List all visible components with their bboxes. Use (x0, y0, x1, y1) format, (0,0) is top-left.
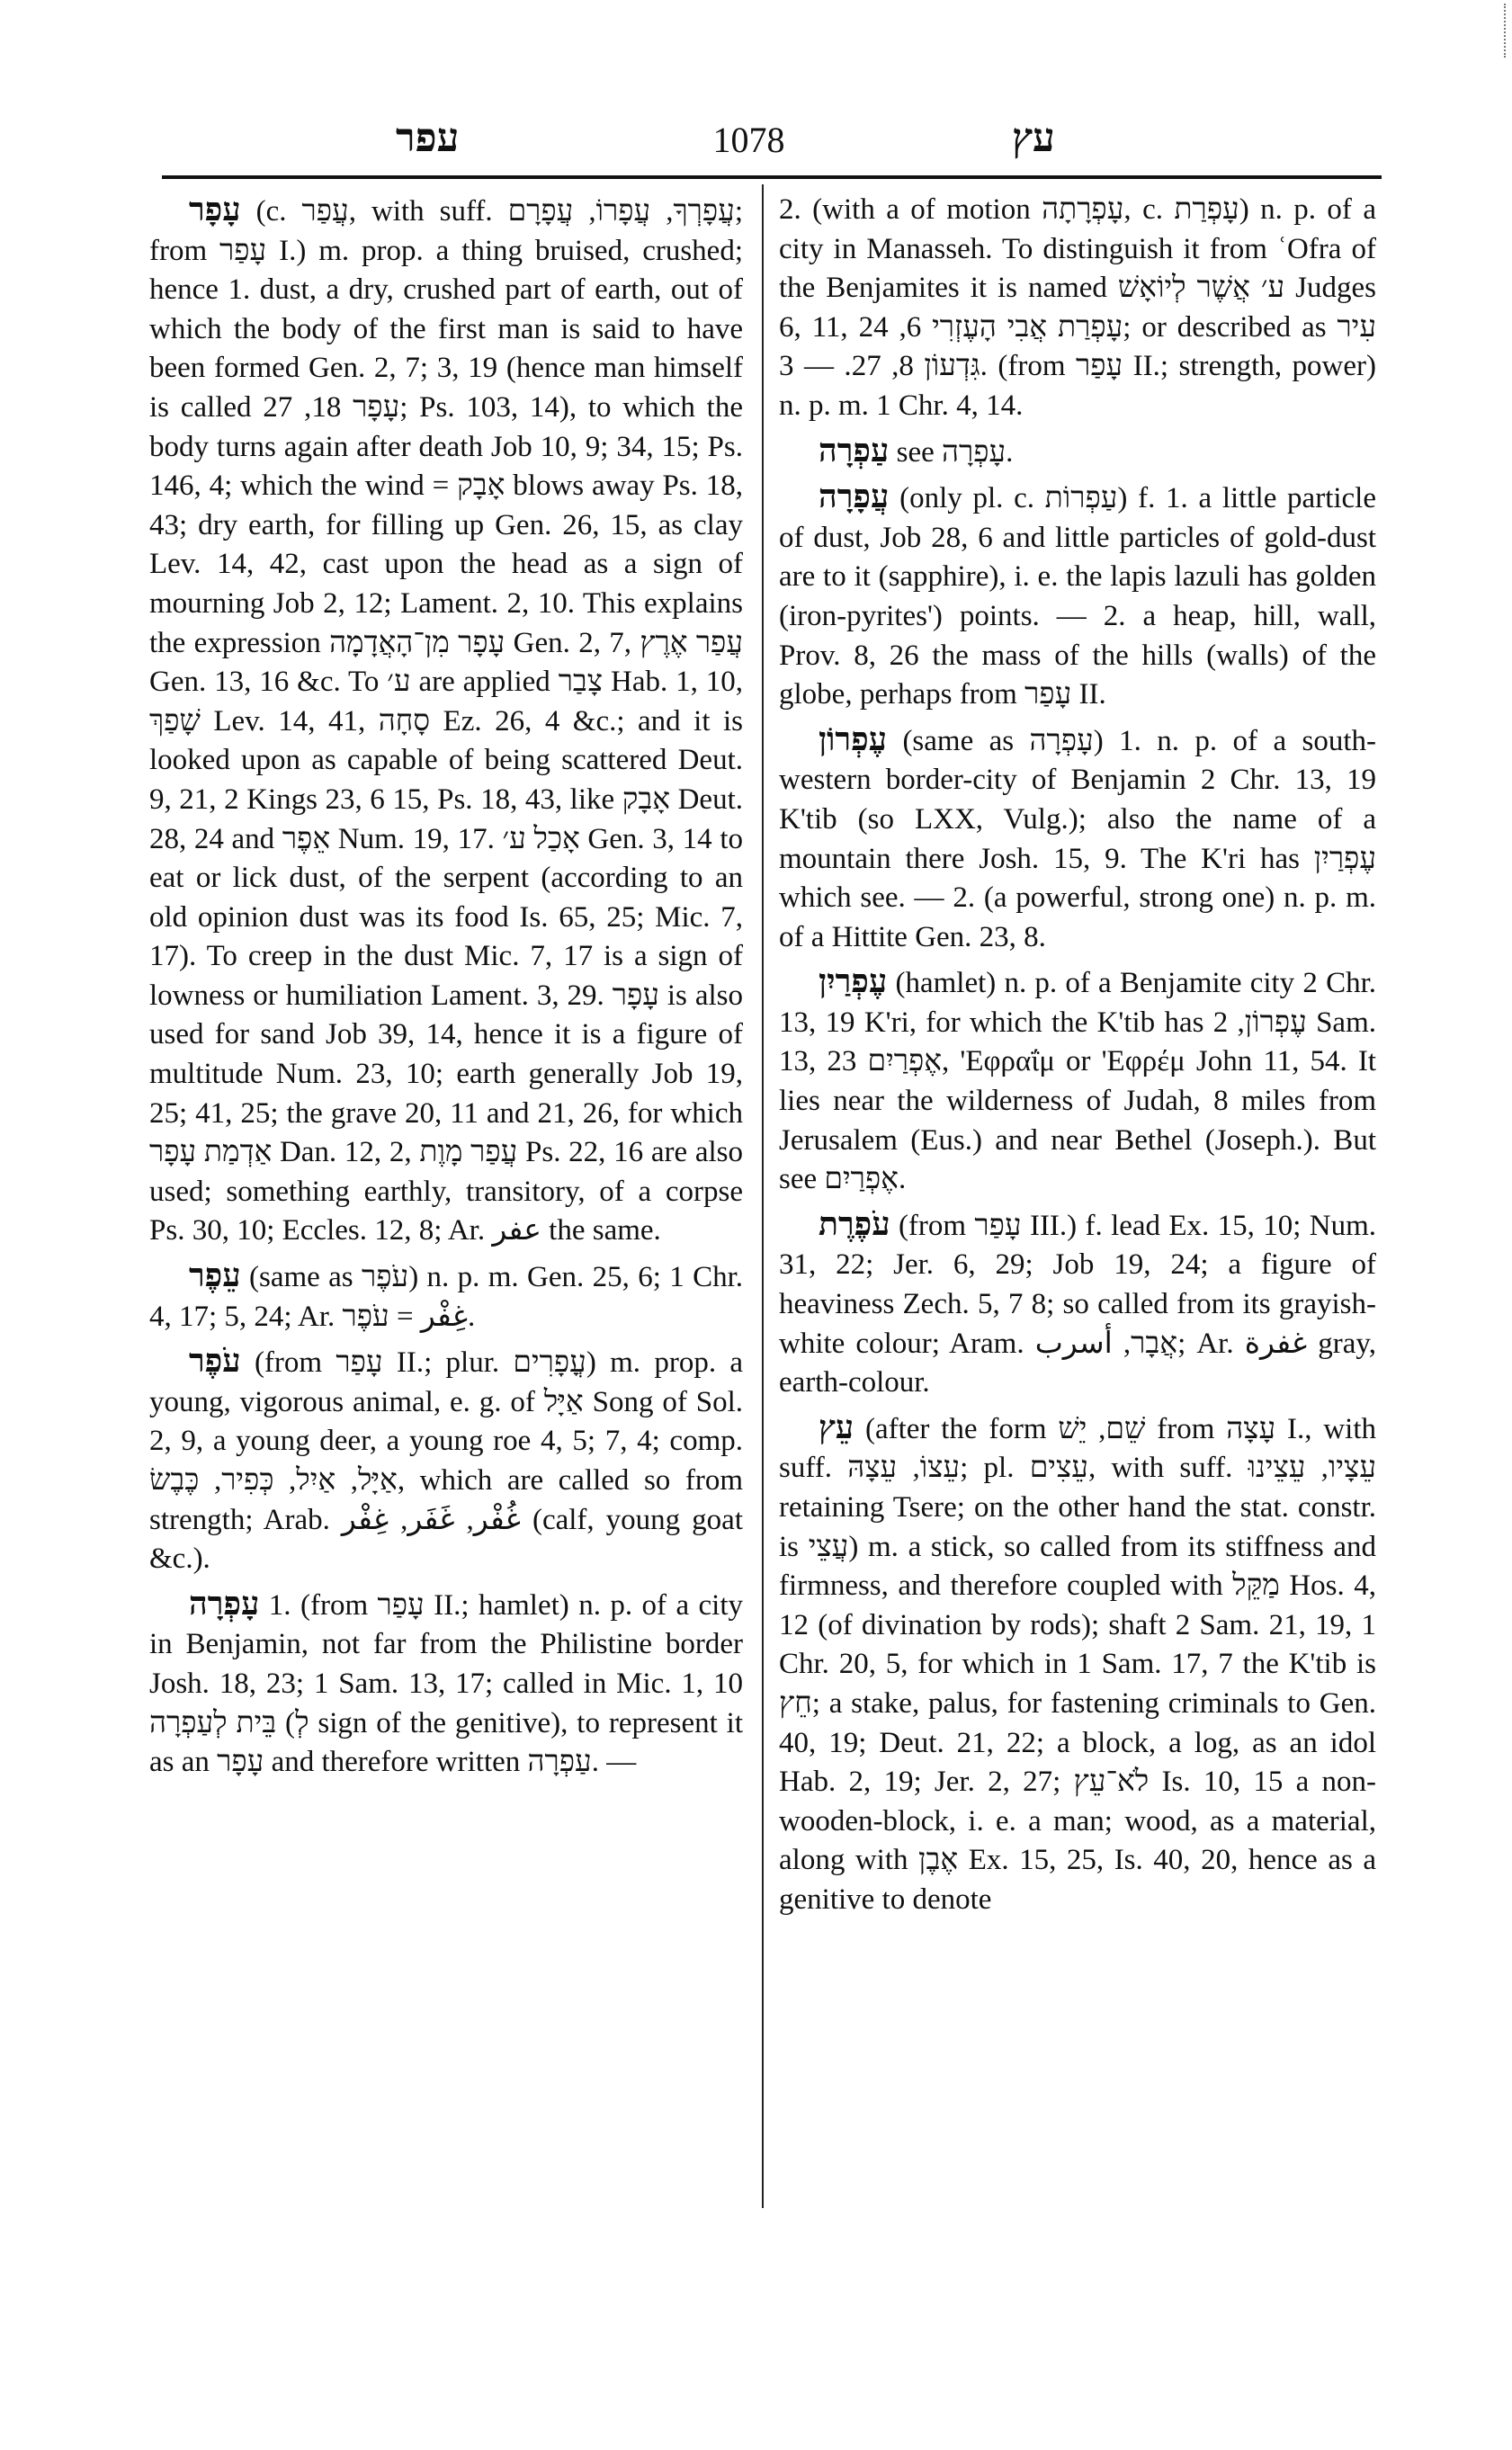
entry-headword: עָפָר (189, 191, 241, 228)
dictionary-entry: עֲפָרָה (only pl. c. עַפְרוֹת) f. 1. a l… (779, 478, 1376, 715)
entry-definition: (same as עָפְרָה) 1. n. p. of a south-we… (779, 725, 1376, 953)
entry-definition: 2. (with a of motion עָפְרָתָה, c. עָפְר… (779, 193, 1376, 422)
dictionary-entry: עֶפְרַיִן (hamlet) n. p. of a Benjamite … (779, 962, 1376, 1200)
entry-definition: (from עָפַר II.; plur. עֳפָרִים) m. prop… (149, 1346, 743, 1575)
dictionary-entry: עֵץ (after the form שֵׁם, יֵשׁ from עָצָ… (779, 1408, 1376, 1920)
header-rule (162, 175, 1382, 179)
header-guide-word-right: עץ (1012, 115, 1055, 161)
entry-headword: עֵץ (819, 1408, 854, 1446)
entry-headword: עַפְרָה (819, 432, 889, 469)
scan-artifact (1504, 4, 1511, 58)
dictionary-entry: עֵפֶר (same as עֹפֶר) n. p. m. Gen. 25, … (149, 1256, 743, 1337)
dictionary-entry: עֶפְרוֹן (same as עָפְרָה) 1. n. p. of a… (779, 720, 1376, 958)
entry-definition: (hamlet) n. p. of a Benjamite city 2 Chr… (779, 967, 1376, 1195)
entry-headword: עֲפָרָה (819, 478, 889, 515)
dictionary-entry: עַפְרָה see עָפְרָה. (779, 432, 1376, 473)
right-column: 2. (with a of motion עָפְרָתָה, c. עָפְר… (779, 191, 1376, 1926)
entry-headword: עֵפֶר (189, 1256, 241, 1294)
entry-headword: עֶפְרַיִן (819, 962, 887, 1000)
entry-definition: (c. עֲפַר, with suff. עֲפָרְךָ, עֲפָרוֹ,… (149, 195, 743, 1247)
dictionary-entry: עֹפֶר (from עָפַר II.; plur. עֳפָרִים) m… (149, 1342, 743, 1579)
dictionary-entry: עֹפֶרֶת (from עָפַר III.) f. lead Ex. 15… (779, 1205, 1376, 1403)
entry-headword: עָפְרָה (189, 1585, 259, 1623)
entry-definition: see עָפְרָה. (897, 436, 1014, 469)
entry-definition: (only pl. c. עַפְרוֹת) f. 1. a little pa… (779, 482, 1376, 711)
dictionary-entry: עָפָר (c. עֲפַר, with suff. עֲפָרְךָ, עֲ… (149, 191, 743, 1251)
entry-headword: עֹפֶר (189, 1342, 241, 1380)
left-column: עָפָר (c. עֲפַר, with suff. עֲפָרְךָ, עֲ… (149, 191, 743, 1788)
entry-definition: (after the form שֵׁם, יֵשׁ from עָצָה I.… (779, 1413, 1376, 1916)
entry-headword: עֶפְרוֹן (819, 720, 887, 758)
column-divider (762, 184, 764, 2208)
dictionary-entry: עָפְרָה 1. (from עָפַר II.; hamlet) n. p… (149, 1585, 743, 1783)
page-number: 1078 (0, 119, 1512, 161)
running-header: עפר 1078 עץ (0, 115, 1512, 169)
entry-headword: עֹפֶרֶת (819, 1205, 890, 1243)
dictionary-entry: 2. (with a of motion עָפְרָתָה, c. עָפְר… (779, 191, 1376, 426)
